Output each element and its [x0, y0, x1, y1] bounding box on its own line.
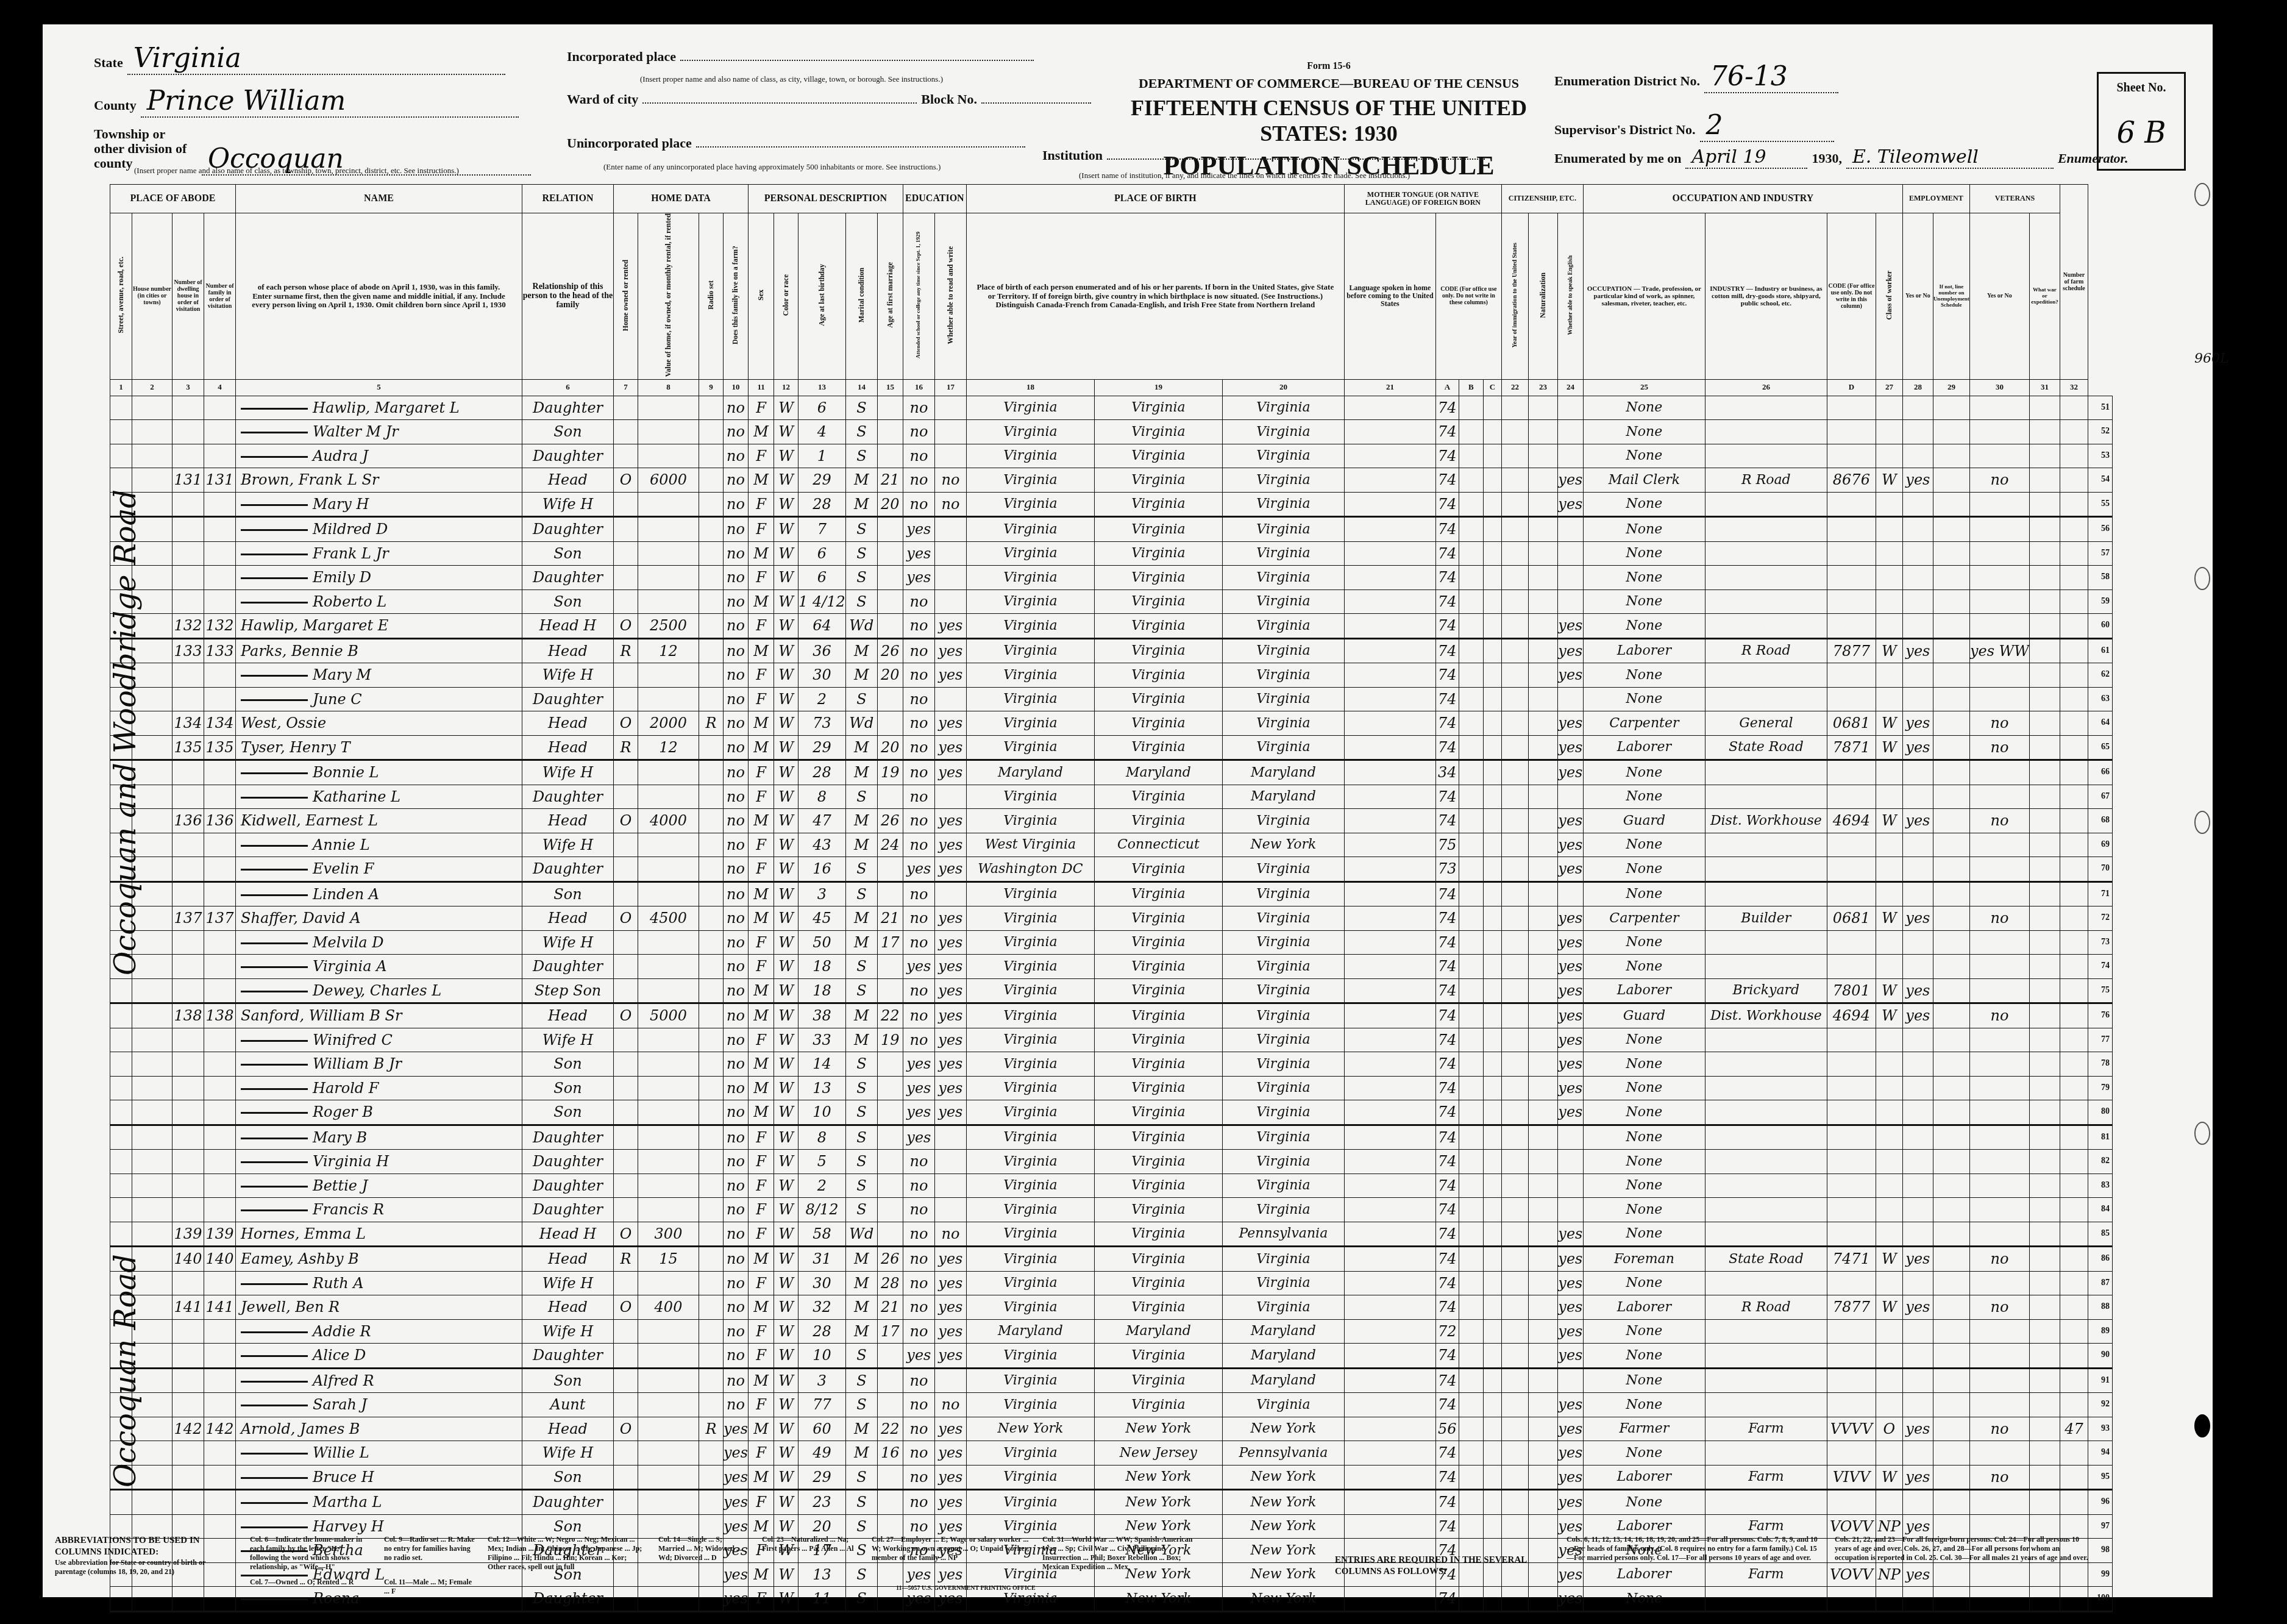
column-number: 28 [1902, 379, 1933, 396]
cell-occupation: None [1583, 614, 1705, 639]
cell-mother: Virginia [1222, 396, 1344, 420]
cell-birth: Virginia [966, 1441, 1094, 1466]
cell-radio [699, 1465, 724, 1490]
cell-value [638, 1028, 699, 1052]
cell-read [934, 444, 966, 468]
cell-war [2029, 955, 2060, 979]
cell-read [934, 420, 966, 444]
cell-radio [699, 1028, 724, 1052]
cell-read: yes [934, 1076, 966, 1100]
cell-work [1902, 930, 1933, 955]
cell-father: Virginia [1094, 1368, 1222, 1393]
cell-immig [1501, 1125, 1528, 1150]
cell-work: yes [1902, 638, 1933, 663]
cell-dwelling: 132 [173, 614, 204, 639]
cell-occupation: None [1583, 1076, 1705, 1100]
cell-english: yes [1557, 857, 1583, 882]
cell-father: Virginia [1094, 1052, 1222, 1077]
cell-code: 7471 [1827, 1247, 1876, 1272]
cell-name: Eamey, Ashby B [236, 1247, 522, 1272]
cell-radio [699, 638, 724, 663]
cell-father: New York [1094, 1587, 1222, 1612]
cell-race: W [774, 687, 798, 711]
cell-industry [1705, 517, 1827, 542]
cell-mother: Virginia [1222, 420, 1344, 444]
cell-immig [1501, 1393, 1528, 1417]
cell-natur [1528, 1271, 1557, 1295]
cell-marital: M [845, 735, 877, 760]
cell-father: Virginia [1094, 1295, 1222, 1320]
cell-codeA: 74 [1435, 1441, 1459, 1466]
cell-class [1876, 1198, 1902, 1222]
person-name: Winifred C [313, 1031, 393, 1049]
cell-sex: F [749, 1150, 774, 1174]
ditto-mark [241, 1477, 308, 1479]
cell-line: 89 [2088, 1319, 2112, 1344]
cell-birth: Virginia [966, 978, 1094, 1003]
cell-line: 90 [2088, 1344, 2112, 1369]
cell-class: O [1876, 1417, 1902, 1441]
cell-industry [1705, 1490, 1827, 1515]
cell-industry [1705, 1441, 1827, 1466]
cell-family [204, 396, 236, 420]
cell-farm-sched [2060, 663, 2088, 688]
cell-family [204, 492, 236, 517]
cell-marital: Wd [845, 614, 877, 639]
cell-vet [1969, 1028, 2029, 1052]
cell-line: 70 [2088, 857, 2112, 882]
cell-lang [1344, 760, 1435, 785]
cell-codeA: 74 [1435, 1150, 1459, 1174]
cell-radio [699, 1587, 724, 1612]
cell-occupation: None [1583, 492, 1705, 517]
cell-school: no [903, 1295, 934, 1320]
cell-occupation: Carpenter [1583, 711, 1705, 736]
cell-codeB [1459, 1150, 1483, 1174]
cell-codeB [1459, 809, 1483, 833]
cell-family [204, 1393, 236, 1417]
cell-school: no [903, 468, 934, 493]
cell-name: Emily D [236, 566, 522, 590]
cell-war [2029, 1344, 2060, 1369]
cell-natur [1528, 1100, 1557, 1125]
cell-mother: Virginia [1222, 711, 1344, 736]
cell-unemp [1933, 614, 1969, 639]
cell-father: Virginia [1094, 785, 1222, 809]
cell-father: Virginia [1094, 638, 1222, 663]
cell-mother: Virginia [1222, 1150, 1344, 1174]
cell-codeA: 74 [1435, 638, 1459, 663]
person-name: Roberto L [313, 593, 386, 610]
cell-birth: Virginia [966, 1344, 1094, 1369]
cell-dwelling: 134 [173, 711, 204, 736]
cell-father: Virginia [1094, 566, 1222, 590]
cell-farm: no [724, 492, 749, 517]
cell-farm: yes [724, 1441, 749, 1466]
cell-natur [1528, 1344, 1557, 1369]
cell-farm-sched [2060, 1319, 2088, 1344]
margin-note: 960L [2194, 351, 2229, 366]
cell-sex: M [749, 711, 774, 736]
cell-lang [1344, 420, 1435, 444]
cell-codeB [1459, 1587, 1483, 1612]
cell-codeA: 74 [1435, 1465, 1459, 1490]
cell-father: Virginia [1094, 1173, 1222, 1198]
cell-dwelling [173, 1125, 204, 1150]
cell-age-marr: 21 [877, 468, 903, 493]
cell-class [1876, 492, 1902, 517]
cell-unemp [1933, 809, 1969, 833]
cell-codeA: 75 [1435, 833, 1459, 857]
cell-unemp [1933, 1319, 1969, 1344]
cell-industry: State Road [1705, 1247, 1827, 1272]
cell-mother: New York [1222, 1417, 1344, 1441]
cell-industry [1705, 1319, 1827, 1344]
cell-age-marr [877, 1150, 903, 1174]
cell-codeB [1459, 1003, 1483, 1028]
cell-age-marr [877, 1198, 903, 1222]
cell-line: 97 [2088, 1514, 2112, 1539]
cell-read: yes [934, 1562, 966, 1587]
cell-own [614, 517, 638, 542]
cell-codeA: 74 [1435, 955, 1459, 979]
cell-codeC [1483, 711, 1501, 736]
cell-immig [1501, 589, 1528, 614]
cell-family [204, 1076, 236, 1100]
cell-marital: S [845, 1100, 877, 1125]
cell-own: O [614, 614, 638, 639]
cell-radio: R [699, 711, 724, 736]
person-name: William B Jr [313, 1055, 402, 1072]
cell-dwelling [173, 760, 204, 785]
cell-lang [1344, 663, 1435, 688]
cell-immig [1501, 517, 1528, 542]
cell-radio [699, 492, 724, 517]
cell-vet: no [1969, 1465, 2029, 1490]
column-number: 7 [614, 379, 638, 396]
cell-codeC [1483, 1028, 1501, 1052]
cell-line: 85 [2088, 1222, 2112, 1247]
cell-code: 0681 [1827, 906, 1876, 931]
table-row: Ruth AWife HnoFW30M28noyesVirginiaVirgin… [110, 1271, 2113, 1295]
cell-codeB [1459, 589, 1483, 614]
cell-occupation: Farmer [1583, 1417, 1705, 1441]
cell-mother: Virginia [1222, 614, 1344, 639]
cell-mother: Virginia [1222, 955, 1344, 979]
cell-dwelling [173, 1465, 204, 1490]
cell-war [2029, 1052, 2060, 1077]
cell-natur [1528, 1587, 1557, 1612]
cell-class: W [1876, 1295, 1902, 1320]
cell-mother: Virginia [1222, 687, 1344, 711]
cell-codeA: 74 [1435, 517, 1459, 542]
cell-natur [1528, 541, 1557, 566]
cell-english [1557, 1173, 1583, 1198]
cell-codeC [1483, 833, 1501, 857]
cell-vet [1969, 1150, 2029, 1174]
cell-read: yes [934, 857, 966, 882]
cell-line: 69 [2088, 833, 2112, 857]
cell-name: Mary B [236, 1125, 522, 1150]
cell-relation: Head [522, 468, 614, 493]
cell-read: no [934, 1393, 966, 1417]
cell-codeA: 74 [1435, 1173, 1459, 1198]
cell-english [1557, 541, 1583, 566]
cell-relation: Head [522, 638, 614, 663]
cell-name: Hornes, Emma L [236, 1222, 522, 1247]
cell-sex: F [749, 760, 774, 785]
cell-occupation: Laborer [1583, 1562, 1705, 1587]
cell-age: 29 [798, 468, 846, 493]
cell-lang [1344, 1465, 1435, 1490]
cell-read: yes [934, 760, 966, 785]
cell-value: 4000 [638, 809, 699, 833]
cell-age-marr [877, 1393, 903, 1417]
cell-name: Bettie J [236, 1173, 522, 1198]
cell-codeC [1483, 1125, 1501, 1150]
cell-name: June C [236, 687, 522, 711]
table-row: 142142Arnold, James BHeadORyesMW60M22noy… [110, 1417, 2113, 1441]
cell-industry [1705, 1222, 1827, 1247]
table-row: Melvila DWife HnoFW50M17noyesVirginiaVir… [110, 930, 2113, 955]
cell-name: Roberto L [236, 589, 522, 614]
cell-father: Virginia [1094, 735, 1222, 760]
person-name: Mary B [313, 1129, 367, 1146]
cell-unemp [1933, 566, 1969, 590]
cell-farm-sched [2060, 468, 2088, 493]
person-name: Parks, Bennie B [241, 643, 358, 660]
cell-own [614, 663, 638, 688]
cell-dwelling [173, 444, 204, 468]
cell-race: W [774, 1150, 798, 1174]
ditto-mark [241, 602, 308, 604]
cell-industry [1705, 589, 1827, 614]
cell-english: yes [1557, 492, 1583, 517]
cell-father: New Jersey [1094, 1441, 1222, 1466]
cell-english: yes [1557, 614, 1583, 639]
cell-code [1827, 785, 1876, 809]
cell-marital: M [845, 1319, 877, 1344]
cell-marital: S [845, 1125, 877, 1150]
cell-english [1557, 589, 1583, 614]
cell-mother: New York [1222, 1539, 1344, 1563]
cell-age-marr [877, 857, 903, 882]
cell-race: W [774, 1465, 798, 1490]
cell-unemp [1933, 1368, 1969, 1393]
cell-lang [1344, 809, 1435, 833]
cell-farm-sched [2060, 833, 2088, 857]
cell-farm: no [724, 638, 749, 663]
cell-farm: no [724, 1100, 749, 1125]
cell-relation: Son [522, 1368, 614, 1393]
cell-value [638, 978, 699, 1003]
cell-war [2029, 566, 2060, 590]
column-number: 24 [1557, 379, 1583, 396]
cell-occupation: None [1583, 1222, 1705, 1247]
cell-lang [1344, 1417, 1435, 1441]
cell-lang [1344, 978, 1435, 1003]
cell-farm-sched [2060, 978, 2088, 1003]
cell-radio [699, 614, 724, 639]
cell-war [2029, 1587, 2060, 1612]
cell-family [204, 1490, 236, 1515]
cell-farm: no [724, 1052, 749, 1077]
cell-codeC [1483, 1587, 1501, 1612]
cell-codeA: 74 [1435, 420, 1459, 444]
cell-name: Katharine L [236, 785, 522, 809]
cell-class [1876, 785, 1902, 809]
ditto-mark [241, 675, 308, 677]
cell-line: 79 [2088, 1076, 2112, 1100]
cell-immig [1501, 1247, 1528, 1272]
cell-own [614, 857, 638, 882]
cell-occupation: None [1583, 881, 1705, 906]
cell-value: 2500 [638, 614, 699, 639]
cell-vet [1969, 955, 2029, 979]
cell-farm: no [724, 857, 749, 882]
cell-lang [1344, 1490, 1435, 1515]
supervisor-field: Supervisor's District No. 2 [1554, 110, 1834, 142]
cell-age-marr: 20 [877, 663, 903, 688]
cell-code [1827, 881, 1876, 906]
cell-code [1827, 566, 1876, 590]
cell-code: 7871 [1827, 735, 1876, 760]
cell-class: W [1876, 735, 1902, 760]
cell-farm: no [724, 1028, 749, 1052]
cell-codeB [1459, 1076, 1483, 1100]
cell-name: Parks, Bennie B [236, 638, 522, 663]
cell-class [1876, 444, 1902, 468]
cell-line: 72 [2088, 906, 2112, 931]
cell-mother: Virginia [1222, 809, 1344, 833]
cell-dwelling [173, 517, 204, 542]
cell-farm: no [724, 687, 749, 711]
cell-code [1827, 663, 1876, 688]
cell-occupation: None [1583, 589, 1705, 614]
cell-age-marr [877, 1222, 903, 1247]
cell-radio [699, 735, 724, 760]
table-row: Hawlip, Margaret LDaughternoFW6SnoVirgin… [110, 396, 2113, 420]
cell-relation: Son [522, 1465, 614, 1490]
cell-birth: Virginia [966, 1490, 1094, 1515]
cell-radio [699, 1271, 724, 1295]
cell-codeB [1459, 420, 1483, 444]
cell-age-marr: 20 [877, 735, 903, 760]
cell-school: yes [903, 1125, 934, 1150]
cell-occupation: None [1583, 857, 1705, 882]
cell-own: O [614, 711, 638, 736]
cell-dwelling [173, 1344, 204, 1369]
cell-vet [1969, 420, 2029, 444]
cell-farm-sched [2060, 444, 2088, 468]
cell-class [1876, 614, 1902, 639]
cell-codeC [1483, 468, 1501, 493]
cell-english: yes [1557, 735, 1583, 760]
cell-industry: R Road [1705, 468, 1827, 493]
cell-family [204, 420, 236, 444]
cell-unemp [1933, 1076, 1969, 1100]
column-number: 9 [699, 379, 724, 396]
cell-class: W [1876, 638, 1902, 663]
cell-lang [1344, 687, 1435, 711]
cell-school: yes [903, 857, 934, 882]
cell-own [614, 760, 638, 785]
column-number: 10 [724, 379, 749, 396]
cell-unemp [1933, 1562, 1969, 1587]
cell-mother: Maryland [1222, 1344, 1344, 1369]
cell-age: 60 [798, 1417, 846, 1441]
column-number: 13 [798, 379, 846, 396]
cell-immig [1501, 638, 1528, 663]
cell-class [1876, 1587, 1902, 1612]
cell-radio [699, 1150, 724, 1174]
cell-own [614, 978, 638, 1003]
cell-immig [1501, 760, 1528, 785]
cell-lang [1344, 1198, 1435, 1222]
cell-age: 13 [798, 1562, 846, 1587]
cell-race: W [774, 1028, 798, 1052]
cell-line: 82 [2088, 1150, 2112, 1174]
cell-dwelling [173, 1150, 204, 1174]
cell-industry [1705, 492, 1827, 517]
cell-age-marr [877, 978, 903, 1003]
cell-age: 28 [798, 760, 846, 785]
cell-work [1902, 1587, 1933, 1612]
cell-birth: West Virginia [966, 833, 1094, 857]
cell-dwelling [173, 1198, 204, 1222]
cell-immig [1501, 1222, 1528, 1247]
cell-value [638, 1587, 699, 1612]
cell-farm: yes [724, 1562, 749, 1587]
cell-mother: Virginia [1222, 1052, 1344, 1077]
cell-read: yes [934, 978, 966, 1003]
cell-school: no [903, 1198, 934, 1222]
cell-marital: M [845, 492, 877, 517]
cell-sex: M [749, 468, 774, 493]
cell-code: VIVV [1827, 1465, 1876, 1490]
cell-natur [1528, 1295, 1557, 1320]
cell-age-marr [877, 1490, 903, 1515]
cell-relation: Wife H [522, 930, 614, 955]
cell-industry: State Road [1705, 735, 1827, 760]
cell-birth: Virginia [966, 955, 1094, 979]
cell-family [204, 785, 236, 809]
cell-line: 51 [2088, 396, 2112, 420]
cell-occupation: Carpenter [1583, 906, 1705, 931]
column-number: 8 [638, 379, 699, 396]
cell-farm: no [724, 1247, 749, 1272]
cell-own [614, 1125, 638, 1150]
cell-work [1902, 1076, 1933, 1100]
cell-relation: Head [522, 1003, 614, 1028]
cell-farm-sched [2060, 1125, 2088, 1150]
cell-natur [1528, 881, 1557, 906]
cell-read [934, 687, 966, 711]
cell-war [2029, 833, 2060, 857]
cell-farm-sched [2060, 1490, 2088, 1515]
cell-age: 33 [798, 1028, 846, 1052]
cell-house [132, 1003, 173, 1028]
cell-birth: Virginia [966, 1393, 1094, 1417]
cell-sex: M [749, 735, 774, 760]
cell-codeC [1483, 1222, 1501, 1247]
cell-occupation: Laborer [1583, 978, 1705, 1003]
cell-school: no [903, 785, 934, 809]
ditto-mark [241, 1112, 308, 1114]
cell-codeC [1483, 735, 1501, 760]
cell-street [110, 1003, 132, 1028]
cell-school: no [903, 1222, 934, 1247]
